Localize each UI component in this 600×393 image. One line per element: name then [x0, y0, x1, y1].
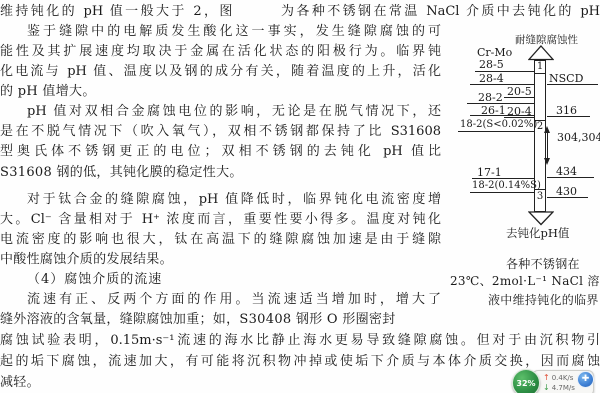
range-arrow-up-icon	[544, 126, 550, 133]
arrow-down-icon	[528, 211, 554, 226]
body-line: 化电流与 pH 值、温度以及钢的成分有关，随着温度的上升，活化	[0, 63, 441, 80]
steel-grade-label: 18-2(S<0.02%)	[460, 119, 537, 130]
tick-mark	[534, 73, 546, 74]
body-line: 中酸性腐蚀介质的发展结果。	[0, 251, 173, 268]
steel-grade-label: 28-5	[479, 58, 504, 71]
memory-percent: 32%	[516, 379, 535, 388]
connector-line	[547, 177, 594, 178]
body-line: 大。Cl⁻ 含量相对于 H⁺ 浓度而言，重要性要小得多。温度对钝化	[0, 211, 441, 228]
figure-caption-line: 液中维持钝化的临界 pH 值	[488, 292, 600, 309]
connector-line	[547, 116, 590, 117]
body-line: 能性及其扩展速度均取决于金属在活化状态的阳极行为。临界钝	[0, 43, 441, 60]
steel-grade-label: 304,304L	[557, 131, 600, 144]
figure-caption-line: 23℃、2mol·L⁻¹ NaCl 溶	[450, 273, 600, 290]
memory-usage-ball[interactable]: 32%	[512, 369, 540, 393]
body-line: 起的垢下腐蚀，流速加大，有可能将沉积物冲掉或使垢下介质与本体介质交换，因而腐蚀	[0, 353, 600, 370]
body-line: S31608 钢的低，其钝化膜的稳定性大。	[0, 164, 243, 181]
ph-tick-1: 1	[534, 61, 546, 72]
connector-line	[504, 117, 535, 118]
body-line: 型奥氏体不锈钢更正的电位；双相不锈钢的去钝化 pH 值比	[0, 143, 441, 160]
connector-line	[504, 97, 535, 98]
upload-arrow-icon: ↑	[543, 373, 550, 383]
body-line: 流速有正、反两个方面的作用。当流速适当增加时，增大了	[27, 291, 441, 308]
body-line: 对于钛合金的缝隙腐蚀，pH 值降低时，临界钝化电流密度增	[27, 191, 441, 208]
body-line: 缝外溶液的含氧量，缝隙腐蚀加重；如，S30408 钢形 O 形圈密封	[0, 311, 396, 328]
connector-line	[472, 178, 534, 179]
section-heading: （4）腐蚀介质的流速	[27, 271, 162, 288]
connector-line	[458, 131, 534, 132]
body-line: 腐蚀试验表明，0.15m·s⁻¹流速的海水比静止海水更易导致缝隙腐蚀。但对于由沉…	[0, 332, 600, 349]
body-line: 电流密度的影响也很大，钛在高温下的缝隙腐蚀加速是由于缝隙	[0, 231, 441, 248]
figure-bottom-axis-label: 去钝化pH值	[506, 225, 569, 241]
download-speed-value: 4.7M/s	[552, 383, 575, 393]
figure-caption-line: 各种不锈钢在	[506, 256, 580, 273]
scanned-document-page: 维持钝化的 pH 值一般大于 2，图 为各种不锈钢在常温 NaCl 介质中去钝化…	[0, 0, 600, 393]
upload-speed-value: 0.4K/s	[552, 373, 574, 383]
range-line	[547, 132, 548, 158]
range-arrow-down-icon	[544, 158, 550, 165]
body-line: 是在不脱气情况下（吹入氧气），双相不锈钢都保持了比 S31608	[0, 123, 441, 140]
connector-line	[470, 192, 534, 193]
ph-tick-3: 3	[534, 191, 546, 202]
body-line: 鉴于缝隙中的电解质发生酸化这一事实，发生缝隙腐蚀的可	[27, 23, 441, 40]
plus-button[interactable]: ✚	[577, 371, 594, 388]
connector-line	[547, 84, 598, 85]
body-line: 维持钝化的 pH 值一般大于 2，图 为各种不锈钢在常温 NaCl 介质中去钝化…	[0, 3, 600, 20]
arrow-up-icon	[528, 45, 554, 61]
steel-grade-label: 18-2(0.14%S)	[472, 180, 541, 191]
download-arrow-icon: ↓	[543, 383, 550, 393]
body-line: 减轻。	[0, 374, 40, 391]
connector-line	[547, 197, 588, 198]
body-line: pH 值对双相合金腐蚀电位的影响，无论是在脱气情况下，还	[27, 103, 441, 120]
body-line: 的 pH 值增大。	[0, 83, 96, 100]
